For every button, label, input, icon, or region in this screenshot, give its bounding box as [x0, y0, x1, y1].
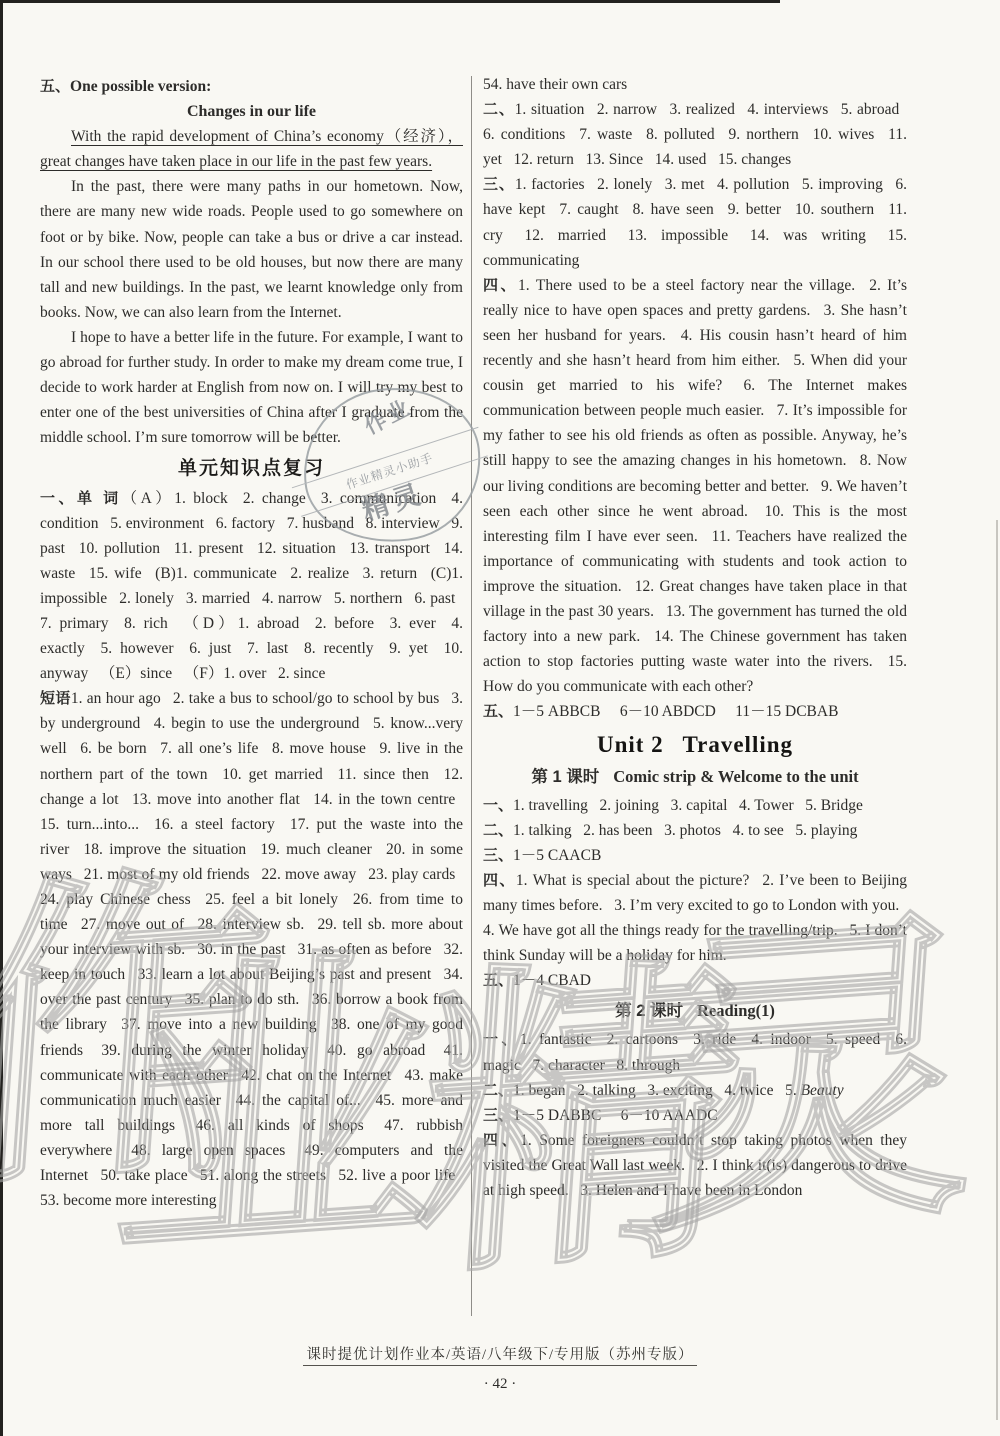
phrases-section: 短语1. an hour ago 2. take a bus to school…	[40, 686, 463, 1213]
lesson-title: Reading(1)	[697, 1001, 775, 1020]
answer-section: 一、1. fantastic 2. cartoons 3. ride 4. in…	[483, 1027, 907, 1077]
essay-opening: With the rapid development of China’s ec…	[40, 124, 463, 174]
section-answers: 1. Some foreigners couldn’t stop taking …	[483, 1132, 907, 1199]
book-title: 课时提优计划作业本/英语/八年级下/专用版（苏州专版）	[303, 1347, 696, 1366]
answer-section: 三、1. factories 2. lonely 3. met 4. pollu…	[483, 172, 907, 272]
footer: 课时提优计划作业本/英语/八年级下/专用版（苏州专版）	[0, 1342, 1000, 1368]
unit-heading: Unit 2 Travelling	[483, 732, 907, 757]
section-five-heading: 五、One possible version:	[40, 74, 463, 99]
lesson-label: 第 1 课时	[531, 768, 599, 786]
phrases-answers: 1. an hour ago 2. take a bus to school/g…	[40, 690, 463, 1209]
section-label: 三、	[483, 176, 515, 193]
words-label: 一、单 词	[40, 490, 122, 507]
essay-paragraph: In the past, there were many paths in ou…	[40, 174, 463, 325]
section-label: 一、	[483, 1031, 520, 1048]
section-label: 二、	[483, 101, 515, 118]
words-answers: （A）1. block 2. change 3. communication 4…	[40, 490, 463, 683]
section-label: 二、	[483, 1082, 513, 1099]
review-heading: 单元知识点复习	[40, 456, 463, 481]
left-column: 五、One possible version: Changes in our l…	[40, 74, 463, 1213]
section-answers: 1. factories 2. lonely 3. met 4. polluti…	[483, 176, 907, 268]
section-label: 四、	[483, 1132, 520, 1149]
answer-section: 二、1. talking 2. has been 3. photos 4. to…	[483, 818, 907, 843]
answer-section: 四、1. There used to be a steel factory ne…	[483, 273, 907, 700]
italic-answer: Beauty	[801, 1082, 844, 1099]
section-answers: 1－5 DABBC 6－10 AAADC	[513, 1107, 718, 1124]
lesson-label: 第 2 课时	[615, 1002, 683, 1020]
section-answers: 1. situation 2. narrow 3. realized 4. in…	[483, 101, 907, 168]
section-label: 四、	[483, 872, 516, 889]
lesson1-heading: 第 1 课时Comic strip & Welcome to the unit	[483, 764, 907, 790]
section-label: 四、	[483, 277, 518, 294]
section-answers: 1－5 ABBCB 6－10 ABDCD 11－15 DCBAB	[513, 703, 838, 720]
scan-edge-left	[0, 0, 3, 1436]
phrases-label: 短语	[40, 690, 71, 707]
lesson2-heading: 第 2 课时Reading(1)	[483, 998, 907, 1024]
section-label: 五、	[40, 78, 70, 95]
underlined-sentence: With the rapid development of China’s ec…	[40, 128, 463, 170]
answer-section: 三、1－5 CAACB	[483, 843, 907, 868]
section-answers: 1. travelling 2. joining 3. capital 4. T…	[513, 797, 863, 814]
page-number: · 42 ·	[0, 1372, 1000, 1397]
section-label: 一、	[483, 797, 513, 814]
section-answers: 1－5 CAACB	[513, 847, 601, 864]
essay-paragraph: I hope to have a better life in the futu…	[40, 325, 463, 450]
answer-section: 二、1. situation 2. narrow 3. realized 4. …	[483, 97, 907, 172]
section-answers: 1－4 CBAD	[513, 972, 591, 989]
lesson-title: Comic strip & Welcome to the unit	[613, 767, 858, 786]
section-label: 五、	[483, 703, 513, 720]
column-divider	[471, 76, 472, 1316]
answer-section: 一、1. travelling 2. joining 3. capital 4.…	[483, 793, 907, 818]
answer-section: 五、1－4 CBAD	[483, 968, 907, 993]
essay-title: Changes in our life	[40, 99, 463, 124]
section-answers: 1. What is special about the picture? 2.…	[483, 872, 907, 964]
answer-section: 三、1－5 DABBC 6－10 AAADC	[483, 1103, 907, 1128]
scan-edge-right	[996, 520, 998, 1420]
words-section: 一、单 词（A）1. block 2. change 3. communicat…	[40, 486, 463, 687]
section-answers: 1. fantastic 2. cartoons 3. ride 4. indo…	[483, 1031, 907, 1073]
scanned-answer-page: 五、One possible version: Changes in our l…	[0, 0, 1000, 1436]
answer-section: 五、1－5 ABBCB 6－10 ABDCD 11－15 DCBAB	[483, 699, 907, 724]
section-answers: 1. began 2. talking 3. exciting 4. twice…	[513, 1082, 801, 1099]
section-answers: 1. talking 2. has been 3. photos 4. to s…	[513, 822, 857, 839]
section-label: 五、	[483, 972, 513, 989]
section-label: 二、	[483, 822, 513, 839]
answer-section: 四、1. What is special about the picture? …	[483, 868, 907, 968]
section-answers: 1. There used to be a steel factory near…	[483, 277, 907, 696]
right-column: 54. have their own cars 二、1. situation 2…	[483, 72, 907, 1203]
section-title: One possible version:	[70, 78, 211, 95]
section-label: 三、	[483, 847, 513, 864]
answer-section: 二、1. began 2. talking 3. exciting 4. twi…	[483, 1078, 907, 1103]
answer-section: 四、1. Some foreigners couldn’t stop takin…	[483, 1128, 907, 1203]
section-label: 三、	[483, 1107, 513, 1124]
phrases-continuation: 54. have their own cars	[483, 72, 907, 97]
scan-edge-top	[0, 0, 780, 3]
